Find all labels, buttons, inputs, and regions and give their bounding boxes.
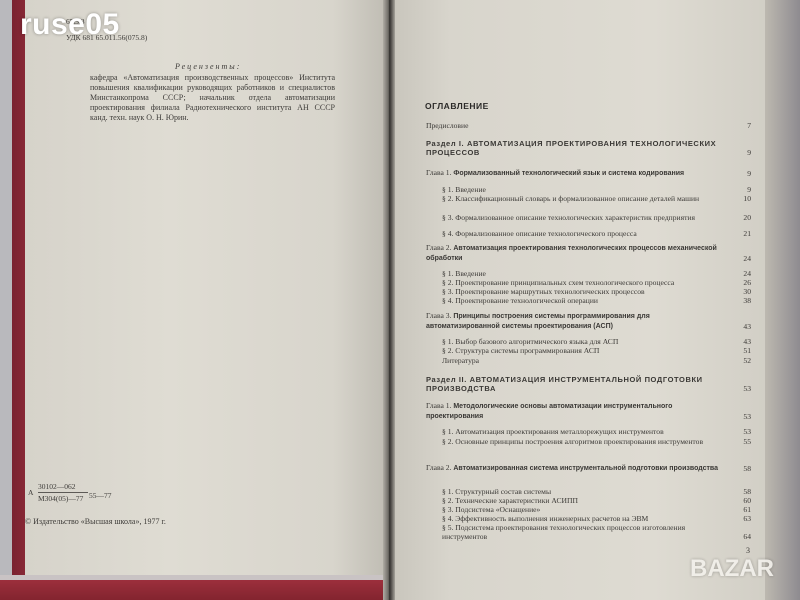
toc-section: Раздел I. АВТОМАТИЗАЦИЯ ПРОЕКТИРОВАНИЯ Т… bbox=[426, 139, 751, 157]
toc-paragraph: § 4. Формализованное описание технологич… bbox=[442, 229, 751, 238]
toc-paragraph: § 3. Проектирование маршрутных технологи… bbox=[442, 287, 751, 296]
catalog-prefix: А bbox=[28, 488, 33, 497]
toc-chapter: Глава 3. Принципы построения системы про… bbox=[426, 311, 751, 331]
toc-paragraph: § 2. Классификационный словарь и формали… bbox=[442, 194, 751, 203]
toc-entry: Литература52 bbox=[442, 356, 751, 365]
toc-paragraph: § 2. Основные принципы построения алгори… bbox=[442, 437, 751, 446]
book-spine bbox=[383, 0, 395, 600]
toc-chapter: Глава 1. Формализованный технологический… bbox=[426, 168, 751, 178]
watermark-ruse05: ruse05 bbox=[20, 8, 120, 42]
page-number: 3 bbox=[746, 546, 750, 555]
toc-heading: ОГЛАВЛЕНИЕ bbox=[425, 101, 489, 111]
toc-paragraph: § 5. Подсистема проектирования технологи… bbox=[442, 523, 751, 541]
toc-paragraph: § 1. Автоматизация проектирования металл… bbox=[442, 427, 751, 436]
toc-paragraph: § 4. Проектирование технологической опер… bbox=[442, 296, 751, 305]
toc-paragraph: § 2. Технические характеристики АСИПП60 bbox=[442, 496, 751, 505]
toc-chapter: Глава 2. Автоматизированная система инст… bbox=[426, 463, 751, 473]
toc-chapter: Глава 1. Методологические основы автомат… bbox=[426, 401, 751, 421]
toc-paragraph: § 1. Структурный состав системы58 bbox=[442, 487, 751, 496]
toc-paragraph: § 1. Выбор базового алгоритмического язы… bbox=[442, 337, 751, 346]
toc-entry: Предисловие7 bbox=[426, 121, 751, 130]
toc-paragraph: § 4. Эффективность выполнения инженерных… bbox=[442, 514, 751, 523]
toc-paragraph: § 2. Проектирование принципиальных схем … bbox=[442, 278, 751, 287]
toc-chapter: Глава 2. Автоматизация проектирования те… bbox=[426, 243, 751, 263]
book-cover-bottom bbox=[0, 575, 390, 600]
toc-paragraph: § 1. Введение24 bbox=[442, 269, 751, 278]
fraction-line bbox=[38, 492, 88, 493]
reviewers-text: кафедра «Автоматизация производственных … bbox=[90, 73, 335, 123]
copyright-line: © Издательство «Высшая школа», 1977 г. bbox=[25, 517, 166, 526]
page-edge bbox=[765, 0, 800, 600]
watermark-bazar: BAZAR bbox=[690, 555, 774, 583]
toc-paragraph: § 1. Введение9 bbox=[442, 185, 751, 194]
catalog-suffix: 55—77 bbox=[89, 491, 112, 500]
catalog-denominator: М304(05)—77 bbox=[38, 494, 83, 503]
toc-paragraph: § 2. Структура системы программирования … bbox=[442, 346, 751, 355]
toc-paragraph: § 3. Формализованное описание технологич… bbox=[442, 213, 751, 222]
toc-paragraph: § 3. Подсистема «Оснащение»61 bbox=[442, 505, 751, 514]
reviewers-title: Рецензенты: bbox=[175, 62, 241, 71]
catalog-numerator: 30102—062 bbox=[38, 482, 76, 491]
toc-section: Раздел II. АВТОМАТИЗАЦИЯ ИНСТРУМЕНТАЛЬНО… bbox=[426, 375, 751, 393]
